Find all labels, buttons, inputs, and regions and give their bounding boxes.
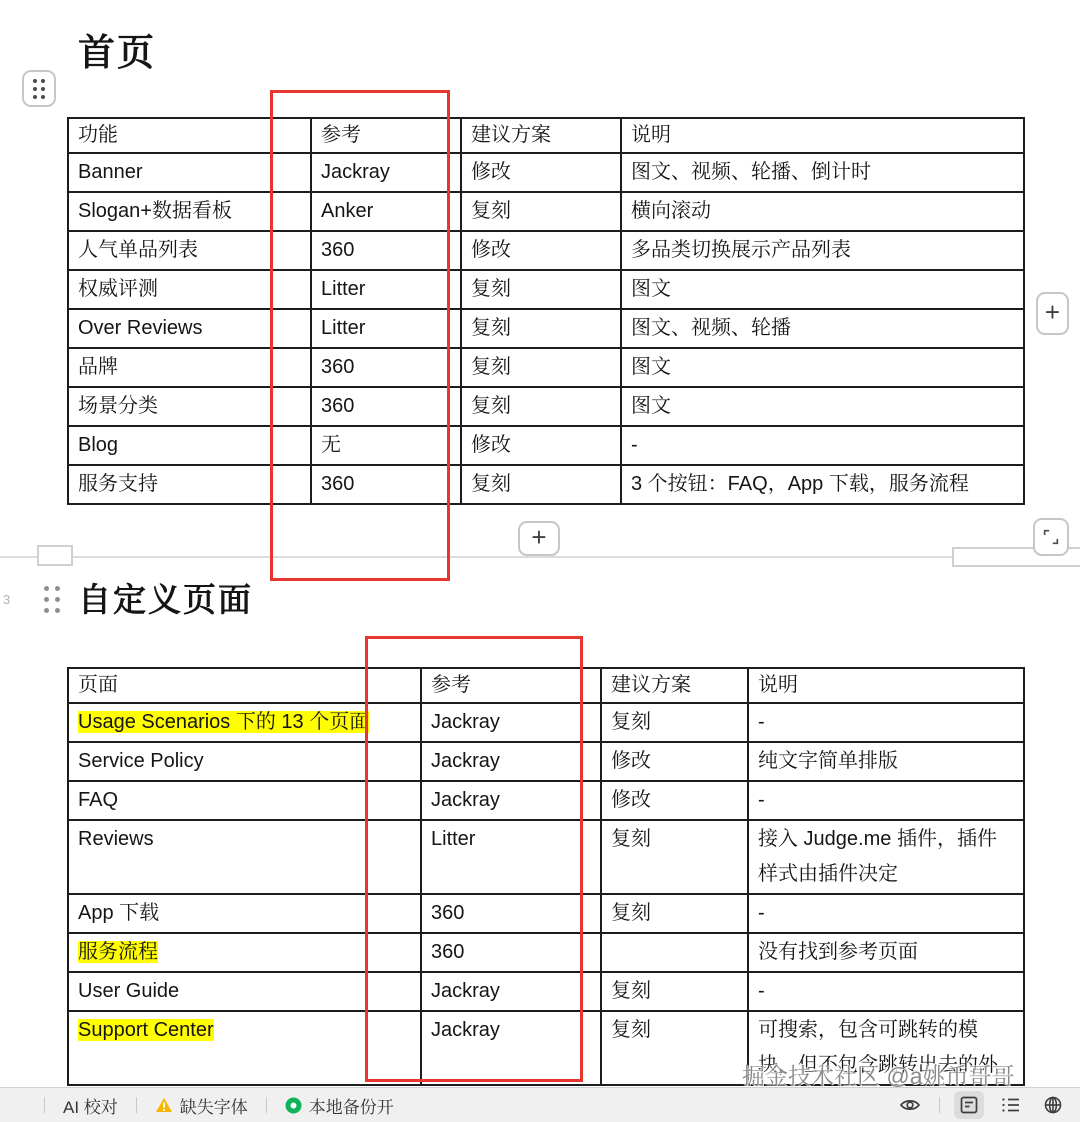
page-view-icon [959,1095,979,1115]
backup-on-icon [285,1097,302,1114]
status-divider [939,1097,940,1113]
table-cell[interactable]: - [621,426,1024,465]
table-cell[interactable]: 360 [421,933,601,972]
table-cell[interactable]: Jackray [311,153,461,192]
margin-line-number: 3 [3,592,10,607]
column-header[interactable]: 参考 [421,668,601,703]
table-cell[interactable]: 多品类切换展示产品列表 [621,231,1024,270]
local-backup-label: 本地备份开 [309,1093,394,1118]
page-margin-marker-left [37,545,73,566]
table-cell[interactable]: Slogan+数据看板 [68,192,311,231]
missing-font-button[interactable]: 缺失字体 [151,1093,252,1118]
local-backup-button[interactable]: 本地备份开 [281,1093,398,1118]
ai-proofread-button[interactable]: AI 校对 [59,1093,122,1118]
table-cell[interactable]: 复刻 [461,348,621,387]
block-drag-handle[interactable] [22,70,56,107]
page-break-divider [0,556,1080,558]
add-row-button[interactable]: + [518,521,560,556]
status-bar-right [895,1091,1068,1119]
column-header[interactable]: 功能 [68,118,311,153]
table-cell[interactable]: User Guide [68,972,421,1011]
highlighted-text: Usage Scenarios 下的 13 个页面 [78,711,369,733]
table-cell[interactable]: Jackray [421,703,601,742]
table-cell[interactable]: 图文 [621,270,1024,309]
table-cell[interactable]: 复刻 [601,972,748,1011]
page-title-custom[interactable]: 自定义页面 [78,574,253,621]
table-cell[interactable]: 没有找到参考页面 [748,933,1024,972]
table-cell[interactable]: 360 [311,387,461,426]
column-header[interactable]: 页面 [68,668,421,703]
table-cell[interactable]: Jackray [421,742,601,781]
table-header-row: 功能参考建议方案说明 [68,118,1024,153]
table-cell[interactable]: 无 [311,426,461,465]
table-cell[interactable]: FAQ [68,781,421,820]
column-header[interactable]: 说明 [621,118,1024,153]
preview-mode-button[interactable] [895,1091,925,1119]
add-column-button[interactable]: + [1036,292,1069,335]
table-cell[interactable]: 纯文字简单排版 [748,742,1024,781]
table-cell[interactable]: 修改 [461,153,621,192]
table-cell[interactable]: - [748,894,1024,933]
table-cell[interactable]: 360 [311,348,461,387]
table-cell[interactable]: 复刻 [461,309,621,348]
page-view-button[interactable] [954,1091,984,1119]
eye-icon [899,1096,921,1114]
table-cell[interactable]: 图文、视频、轮播 [621,309,1024,348]
table-cell[interactable]: Banner [68,153,311,192]
table-cell[interactable]: - [748,972,1024,1011]
table-cell[interactable]: 接入 Judge.me 插件，插件样式由插件决定 [748,820,1024,894]
table-cell[interactable]: Litter [421,820,601,894]
table-cell[interactable]: Jackray [421,1011,601,1085]
table-cell[interactable]: 3 个按钮：FAQ，App 下载，服务流程 [621,465,1024,504]
table-cell[interactable]: Jackray [421,781,601,820]
table-cell[interactable]: Service Policy [68,742,421,781]
highlighted-text: Support Center [78,1019,214,1041]
status-divider [136,1097,137,1113]
table-cell[interactable]: 权威评测 [68,270,311,309]
table-cell[interactable]: 场景分类 [68,387,311,426]
table-cell[interactable]: 复刻 [601,820,748,894]
globe-icon [1043,1095,1063,1115]
table-row: 品牌360复刻图文 [68,348,1024,387]
table-cell[interactable]: 复刻 [461,270,621,309]
table-cell[interactable]: 复刻 [601,894,748,933]
status-bar-left: AI 校对 缺失字体 本地备份开 [44,1093,398,1118]
expand-icon [1041,526,1061,548]
column-header[interactable]: 建议方案 [461,118,621,153]
document-canvas: 首页 功能参考建议方案说明BannerJackray修改图文、视频、轮播、倒计时… [0,0,1080,1122]
page-title-home[interactable]: 首页 [78,22,156,76]
status-divider [44,1097,45,1113]
table-header-row: 页面参考建议方案说明 [68,668,1024,703]
table-cell[interactable]: 修改 [601,742,748,781]
table-row: Over ReviewsLitter复刻图文、视频、轮播 [68,309,1024,348]
column-header[interactable]: 建议方案 [601,668,748,703]
table-cell[interactable] [601,933,748,972]
table-row: 服务支持360复刻3 个按钮：FAQ，App 下载，服务流程 [68,465,1024,504]
table-cell[interactable]: - [748,781,1024,820]
plus-icon: + [531,522,546,553]
table-cell[interactable]: Support Center [68,1011,421,1085]
table-cell[interactable]: 图文 [621,348,1024,387]
translate-globe-button[interactable] [1038,1091,1068,1119]
table-cell[interactable]: Usage Scenarios 下的 13 个页面 [68,703,421,742]
table-row: Usage Scenarios 下的 13 个页面Jackray复刻- [68,703,1024,742]
table-cell[interactable]: 图文、视频、轮播、倒计时 [621,153,1024,192]
table-cell[interactable]: Litter [311,309,461,348]
table-row: 服务流程360没有找到参考页面 [68,933,1024,972]
table-cell[interactable]: 360 [311,465,461,504]
table-row: ReviewsLitter复刻接入 Judge.me 插件，插件样式由插件决定 [68,820,1024,894]
table-row: User GuideJackray复刻- [68,972,1024,1011]
table-cell[interactable]: Reviews [68,820,421,894]
table-cell[interactable]: App 下载 [68,894,421,933]
outline-button[interactable] [996,1091,1026,1119]
table-cell[interactable]: Litter [311,270,461,309]
expand-table-button[interactable] [1033,518,1069,556]
ai-proofread-label: AI 校对 [63,1093,118,1118]
table-cell[interactable]: 服务流程 [68,933,421,972]
table-row: Service PolicyJackray修改纯文字简单排版 [68,742,1024,781]
table-cell[interactable]: 图文 [621,387,1024,426]
table-cell[interactable]: Over Reviews [68,309,311,348]
table-row: 场景分类360复刻图文 [68,387,1024,426]
heading-drag-handle[interactable] [44,586,60,613]
table-cell[interactable]: - [748,703,1024,742]
drag-dots-icon [44,586,60,613]
table-cell[interactable]: 复刻 [461,465,621,504]
table-cell[interactable]: 360 [421,894,601,933]
table-row: 人气单品列表360修改多品类切换展示产品列表 [68,231,1024,270]
table-cell[interactable]: Anker [311,192,461,231]
home-table: 功能参考建议方案说明BannerJackray修改图文、视频、轮播、倒计时Slo… [67,117,1025,505]
table-row: FAQJackray修改- [68,781,1024,820]
missing-font-label: 缺失字体 [180,1093,248,1118]
warning-icon [155,1097,173,1113]
table-row: App 下载360复刻- [68,894,1024,933]
table-row: BannerJackray修改图文、视频、轮播、倒计时 [68,153,1024,192]
table-cell[interactable]: 复刻 [461,387,621,426]
table-cell[interactable]: 服务支持 [68,465,311,504]
table-cell[interactable]: 横向滚动 [621,192,1024,231]
table-row: 权威评测Litter复刻图文 [68,270,1024,309]
table-cell[interactable]: 复刻 [601,1011,748,1085]
table-cell[interactable]: 修改 [461,231,621,270]
column-header[interactable]: 说明 [748,668,1024,703]
custom-pages-table: 页面参考建议方案说明Usage Scenarios 下的 13 个页面Jackr… [67,667,1025,1086]
status-divider [266,1097,267,1113]
table-cell[interactable]: 品牌 [68,348,311,387]
highlighted-text: 服务流程 [78,941,158,963]
table-cell[interactable]: 修改 [461,426,621,465]
table-cell[interactable]: 复刻 [461,192,621,231]
table-cell[interactable]: 复刻 [601,703,748,742]
table-row: Blog无修改- [68,426,1024,465]
column-header[interactable]: 参考 [311,118,461,153]
table-cell[interactable]: 人气单品列表 [68,231,311,270]
table-cell[interactable]: 360 [311,231,461,270]
plus-icon: + [1045,297,1060,328]
table-row: Slogan+数据看板Anker复刻横向滚动 [68,192,1024,231]
status-bar: AI 校对 缺失字体 本地备份开 [0,1087,1080,1122]
table-cell[interactable]: Jackray [421,972,601,1011]
drag-dots-icon [33,79,45,99]
outline-icon [1000,1096,1022,1114]
table-cell[interactable]: Blog [68,426,311,465]
table-cell[interactable]: 修改 [601,781,748,820]
